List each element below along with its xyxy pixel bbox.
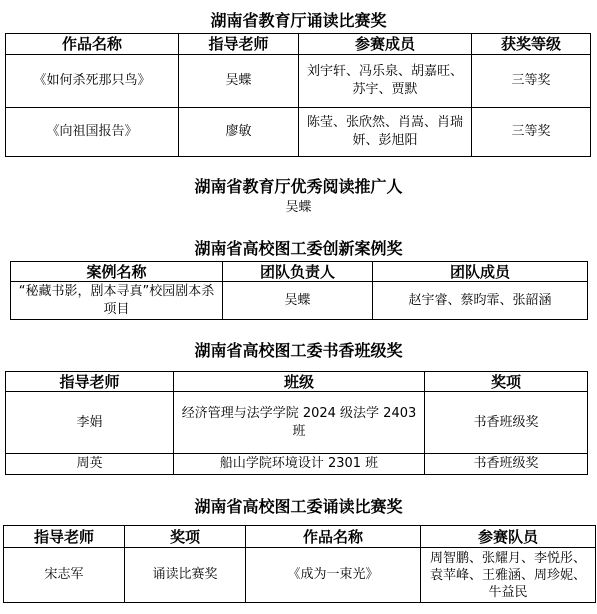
column-header: 参赛成员 — [299, 34, 472, 55]
case-name-cell: “秘藏书影，剧本寻真”校园剧本杀项目 — [11, 282, 223, 320]
table-row: 《向祖国报告》 廖敏 陈莹、张欣然、肖嵩、肖瑞妍、彭旭阳 三等奖 — [6, 108, 591, 157]
advisor-cell: 吴蝶 — [179, 55, 299, 108]
section-title-scholarly-class: 湖南省高校图工委书香班级奖 — [0, 341, 597, 361]
table-row: 宋志军 诵读比赛奖 《成为一束光》 周智鹏、张耀月、李悦彤、袁苹峰、王雅涵、周珍… — [4, 548, 596, 603]
column-header: 指导老师 — [179, 34, 299, 55]
section-title-reading-promoter: 湖南省教育厅优秀阅读推广人 — [0, 177, 597, 197]
advisor-cell: 廖敏 — [179, 108, 299, 157]
table-row: 周英 船山学院环境设计 2301 班 书香班级奖 — [6, 454, 588, 475]
column-header: 指导老师 — [4, 526, 125, 548]
table-row: 《如何杀死那只鸟》 吴蝶 刘宇轩、冯乐泉、胡嘉旺、苏宇、贾默 三等奖 — [6, 55, 591, 108]
team-members-cell: 赵宇睿、蔡昀霏、张韶涵 — [373, 282, 588, 320]
table-header-row: 案例名称 团队负责人 团队成员 — [11, 262, 588, 282]
work-title-cell: 《向祖国报告》 — [6, 108, 179, 157]
column-header: 参赛队员 — [421, 526, 596, 548]
award-cell: 书香班级奖 — [425, 392, 588, 454]
innovation-case-table: 案例名称 团队负责人 团队成员 “秘藏书影，剧本寻真”校园剧本杀项目 吴蝶 赵宇… — [10, 261, 588, 320]
column-header: 获奖等级 — [472, 34, 591, 55]
team-leader-cell: 吴蝶 — [223, 282, 373, 320]
award-cell: 诵读比赛奖 — [125, 548, 246, 603]
section-title-innovation-case: 湖南省高校图工委创新案例奖 — [0, 239, 597, 259]
section-title-univ-recitation: 湖南省高校图工委诵读比赛奖 — [0, 497, 597, 517]
class-cell: 经济管理与法学学院 2024 级法学 2403 班 — [174, 392, 425, 454]
work-title-cell: 《成为一束光》 — [246, 548, 421, 603]
award-cell: 书香班级奖 — [425, 454, 588, 475]
advisor-cell: 宋志军 — [4, 548, 125, 603]
column-header: 案例名称 — [11, 262, 223, 282]
table-header-row: 作品名称 指导老师 参赛成员 获奖等级 — [6, 34, 591, 55]
scholarly-class-table: 指导老师 班级 奖项 李娟 经济管理与法学学院 2024 级法学 2403 班 … — [5, 371, 588, 475]
members-cell: 刘宇轩、冯乐泉、胡嘉旺、苏宇、贾默 — [299, 55, 472, 108]
column-header: 奖项 — [425, 372, 588, 392]
column-header: 作品名称 — [6, 34, 179, 55]
column-header: 奖项 — [125, 526, 246, 548]
award-level-cell: 三等奖 — [472, 108, 591, 157]
table-row: “秘藏书影，剧本寻真”校园剧本杀项目 吴蝶 赵宇睿、蔡昀霏、张韶涵 — [11, 282, 588, 320]
univ-recitation-table: 指导老师 奖项 作品名称 参赛队员 宋志军 诵读比赛奖 《成为一束光》 周智鹏、… — [3, 525, 596, 603]
edu-recitation-table: 作品名称 指导老师 参赛成员 获奖等级 《如何杀死那只鸟》 吴蝶 刘宇轩、冯乐泉… — [5, 33, 591, 157]
column-header: 班级 — [174, 372, 425, 392]
column-header: 作品名称 — [246, 526, 421, 548]
advisor-cell: 李娟 — [6, 392, 174, 454]
table-row: 李娟 经济管理与法学学院 2024 级法学 2403 班 书香班级奖 — [6, 392, 588, 454]
promoter-name: 吴蝶 — [0, 200, 597, 216]
column-header: 团队成员 — [373, 262, 588, 282]
members-cell: 陈莹、张欣然、肖嵩、肖瑞妍、彭旭阳 — [299, 108, 472, 157]
award-level-cell: 三等奖 — [472, 55, 591, 108]
section-title-edu-recitation: 湖南省教育厅诵读比赛奖 — [0, 11, 597, 31]
table-header-row: 指导老师 奖项 作品名称 参赛队员 — [4, 526, 596, 548]
work-title-cell: 《如何杀死那只鸟》 — [6, 55, 179, 108]
advisor-cell: 周英 — [6, 454, 174, 475]
members-cell: 周智鹏、张耀月、李悦彤、袁苹峰、王雅涵、周珍妮、牛益民 — [421, 548, 596, 603]
column-header: 指导老师 — [6, 372, 174, 392]
column-header: 团队负责人 — [223, 262, 373, 282]
class-cell: 船山学院环境设计 2301 班 — [174, 454, 425, 475]
table-header-row: 指导老师 班级 奖项 — [6, 372, 588, 392]
